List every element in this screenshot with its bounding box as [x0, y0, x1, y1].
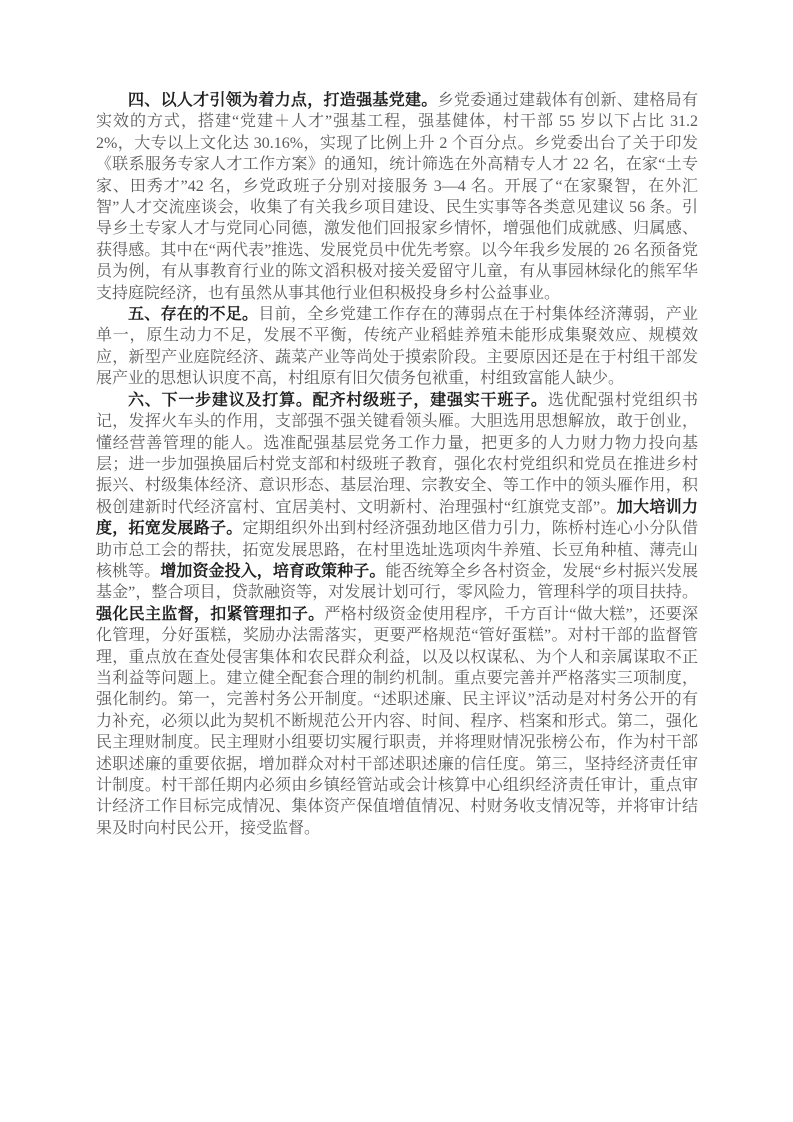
heading-run: 增加资金投入，培育政策种子。 — [160, 563, 385, 580]
text-run: 乡党委通过建载体有创新、建格局有实效的方式，搭建“党建＋人才”强基工程，强基健体… — [96, 92, 698, 302]
heading-run: 四、以人才引领为着力点，打造强基党建。 — [128, 92, 438, 109]
text-run: 选优配强村党组织书记，发挥火车头的作用，支部强不强关键看领头雁。大胆选用思想解放… — [96, 392, 698, 516]
heading-run: 五、存在的不足。 — [128, 306, 258, 323]
paragraph: 四、以人才引领为着力点，打造强基党建。乡党委通过建载体有创新、建格局有实效的方式… — [96, 90, 698, 304]
document-page: 四、以人才引领为着力点，打造强基党建。乡党委通过建载体有创新、建格局有实效的方式… — [0, 0, 793, 1122]
document-body: 四、以人才引领为着力点，打造强基党建。乡党委通过建载体有创新、建格局有实效的方式… — [96, 90, 698, 839]
paragraph: 五、存在的不足。目前，全乡党建工作存在的薄弱点在于村集体经济薄弱，产业单一，原生… — [96, 304, 698, 390]
text-run: 严格村级资金使用程序，千方百计“做大糕”，还要深化管理，分好蛋糕，奖励办法需落实… — [96, 606, 698, 837]
heading-run: 六、下一步建议及打算。配齐村级班子，建强实干班子。 — [128, 392, 548, 409]
paragraph: 六、下一步建议及打算。配齐村级班子，建强实干班子。选优配强村党组织书记，发挥火车… — [96, 390, 698, 840]
heading-run: 强化民主监督，扣紧管理扣子。 — [96, 606, 324, 623]
